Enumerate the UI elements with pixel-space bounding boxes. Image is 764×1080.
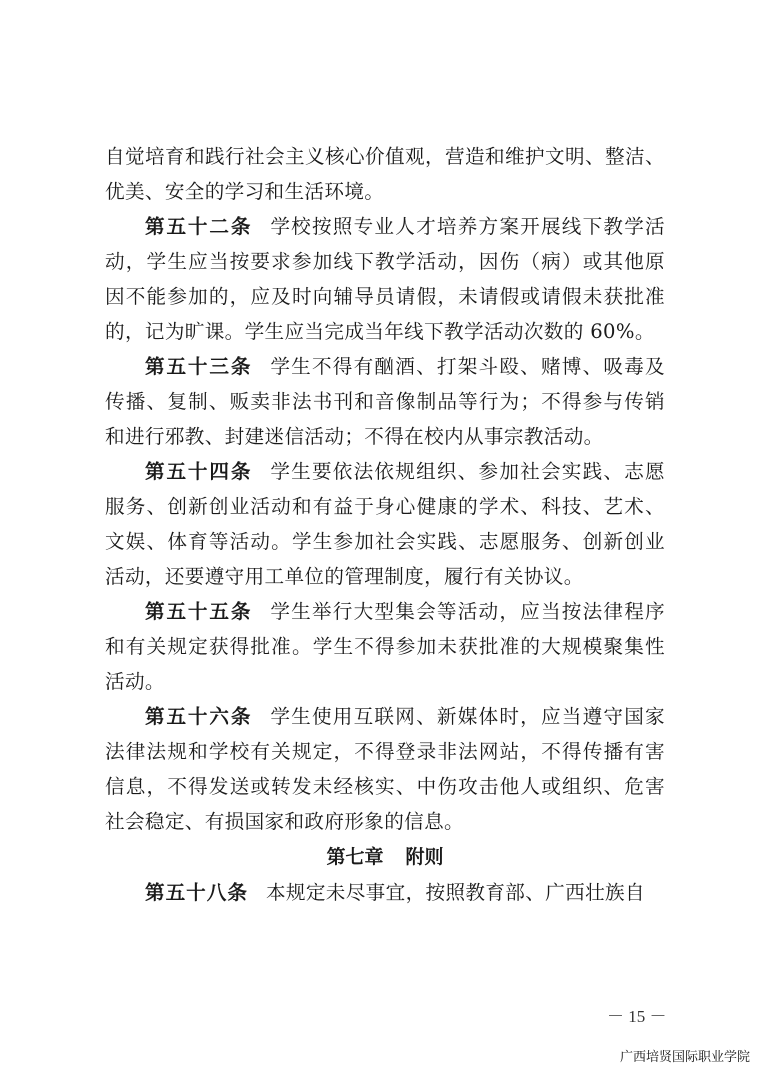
text-line: 文娱、体育等活动。学生参加社会实践、志愿服务、创新创业 — [105, 524, 665, 559]
footer-watermark: 广西培贤国际职业学院 — [620, 1046, 750, 1065]
article-55-first-line: 第五十五条学生举行大型集会等活动，应当按法律程序 — [105, 594, 665, 629]
article-heading: 第五十八条 — [145, 881, 248, 904]
text-line: 信息，不得发送或转发未经核实、中伤攻击他人或组织、危害 — [105, 769, 665, 804]
text-line: 和有关规定获得批准。学生不得参加未获批准的大规模聚集性 — [105, 629, 665, 664]
chapter-number: 第七章 — [326, 846, 383, 868]
chapter-title: 附则 — [406, 846, 444, 868]
text-line: 和进行邪教、封建迷信活动；不得在校内从事宗教活动。 — [105, 419, 665, 454]
text-line: 学生使用互联网、新媒体时，应当遵守国家 — [270, 705, 665, 728]
text-line: 活动，还要遵守用工单位的管理制度，履行有关协议。 — [105, 559, 665, 594]
text-line: 自觉培育和践行社会主义核心价值观，营造和维护文明、整洁、 — [105, 139, 665, 174]
text-line: 学生举行大型集会等活动，应当按法律程序 — [270, 600, 665, 623]
text-line: 本规定未尽事宜，按照教育部、广西壮族自 — [266, 881, 645, 904]
text-line: 动，学生应当按要求参加线下教学活动，因伤（病）或其他原 — [105, 244, 665, 279]
text-line: 的，记为旷课。学生应当完成当年线下教学活动次数的 60%。 — [105, 314, 665, 349]
text-line: 法律法规和学校有关规定，不得登录非法网站，不得传播有害 — [105, 734, 665, 769]
text-line: 学生要依法依规组织、参加社会实践、志愿 — [270, 460, 665, 483]
article-56-first-line: 第五十六条学生使用互联网、新媒体时，应当遵守国家 — [105, 699, 665, 734]
article-heading: 第五十二条 — [145, 215, 252, 238]
article-58-first-line: 第五十八条本规定未尽事宜，按照教育部、广西壮族自 — [105, 875, 665, 910]
article-heading: 第五十六条 — [145, 705, 252, 728]
text-line: 优美、安全的学习和生活环境。 — [105, 174, 665, 209]
article-52-first-line: 第五十二条学校按照专业人才培养方案开展线下教学活 — [105, 209, 665, 244]
text-line: 因不能参加的，应及时向辅导员请假，未请假或请假未获批准 — [105, 279, 665, 314]
article-heading: 第五十五条 — [145, 600, 252, 623]
text-line: 传播、复制、贩卖非法书刊和音像制品等行为；不得参与传销 — [105, 384, 665, 419]
page-number: － 15 － — [607, 1002, 667, 1027]
article-heading: 第五十三条 — [145, 355, 252, 378]
chapter-heading: 第七章附则 — [105, 839, 665, 875]
document-page: 自觉培育和践行社会主义核心价值观，营造和维护文明、整洁、 优美、安全的学习和生活… — [105, 139, 665, 910]
text-line: 活动。 — [105, 664, 665, 699]
article-53-first-line: 第五十三条学生不得有酗酒、打架斗殴、赌博、吸毒及 — [105, 349, 665, 384]
article-heading: 第五十四条 — [145, 460, 252, 483]
text-line: 服务、创新创业活动和有益于身心健康的学术、科技、艺术、 — [105, 489, 665, 524]
text-line: 社会稳定、有损国家和政府形象的信息。 — [105, 804, 665, 839]
text-line: 学生不得有酗酒、打架斗殴、赌博、吸毒及 — [270, 355, 665, 378]
article-54-first-line: 第五十四条学生要依法依规组织、参加社会实践、志愿 — [105, 454, 665, 489]
text-line: 学校按照专业人才培养方案开展线下教学活 — [270, 215, 665, 238]
